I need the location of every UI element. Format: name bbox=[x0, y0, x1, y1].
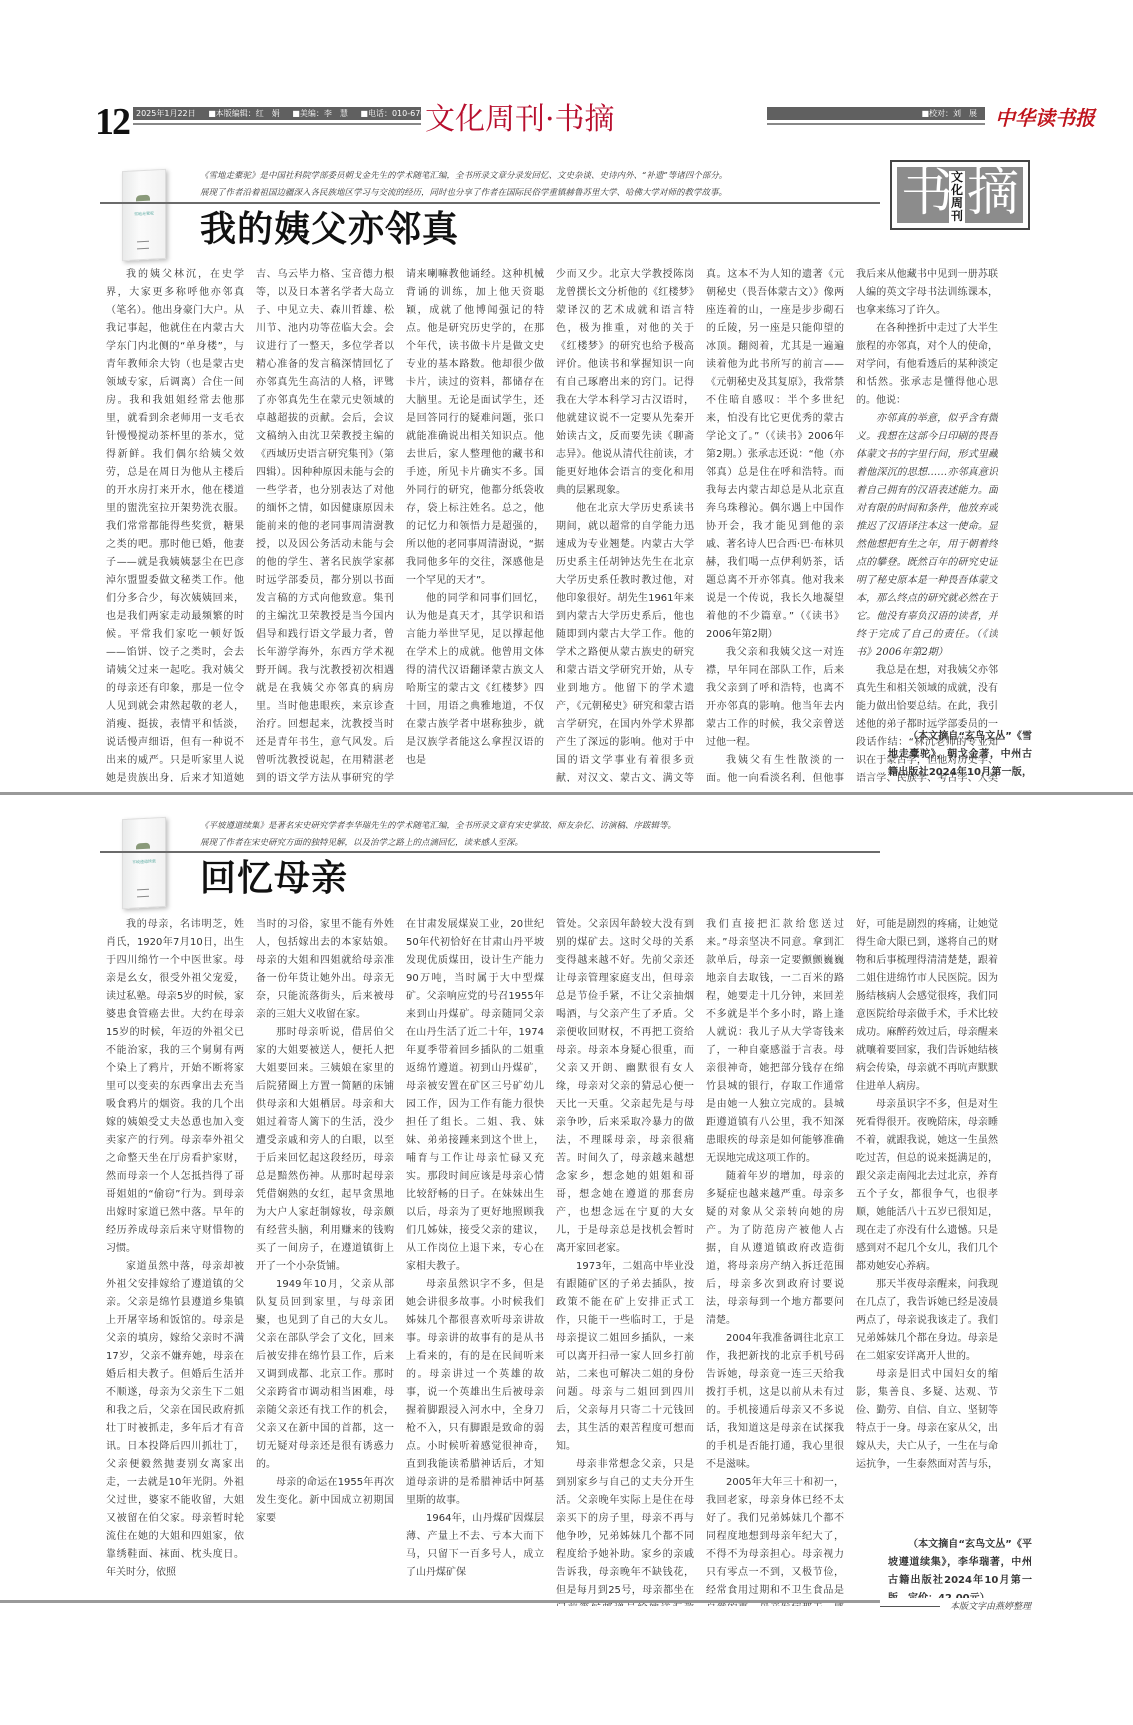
text-column: 当时的习俗，家里不能有外姓人，包括嫁出去的本家姑娘。母亲的大姐和四姐就给母亲准备… bbox=[256, 916, 394, 1606]
paragraph: 家道虽然中落，母亲却被外祖父安排嫁给了遵道镇的父亲。父亲是绵竹县遵道乡集镇上开屠… bbox=[106, 1258, 244, 1582]
masthead: 12 2025年1月22日 ■本版编辑：红 娟 ■美编：李 慧 ■电话：010-… bbox=[95, 100, 1025, 144]
publisher-mark-icon bbox=[137, 241, 149, 250]
section-title: 文化周刊·书摘 bbox=[425, 102, 615, 138]
book-intro: 《平坡遵道续集》是著名宋史研究学者李华瑞先生的学术随笔汇编，全书所录文章有宋史掌… bbox=[200, 818, 880, 852]
paragraph: 母亲虽然识字不多，但是她会讲很多故事。小时候我们姊妹几个都很喜欢听母亲讲故事。母… bbox=[406, 1276, 544, 1510]
book-cover-title: 雪地走橐驼 bbox=[129, 210, 159, 218]
paragraph: 我的姨父林沉，在史学界，大家更多称呼他亦邻真（笔名）。他出身豪门大户。从我记事起… bbox=[106, 266, 244, 782]
paragraph: 我的母亲，名讳明芝，姓肖氏，1920年7月10日，出生于四川绵竹一个中医世家。母… bbox=[106, 916, 244, 1258]
article-headline: 我的姨父亦邻真 bbox=[200, 207, 459, 251]
paragraph: 1949年10月，父亲从部队复员回到家里，与母亲团聚，也见到了自己的大女儿。父亲… bbox=[256, 1276, 394, 1474]
divider bbox=[880, 1606, 940, 1607]
paragraph: 我姨父有生性散淡的一面。他一向看淡名利，但他事儿来，尤其对学问，可以说是非常较真… bbox=[706, 752, 844, 782]
article-separator bbox=[0, 792, 1133, 795]
article-separator bbox=[0, 1600, 880, 1603]
paragraph: 当时的习俗，家里不能有外姓人，包括嫁出去的本家姑娘。母亲的大姐和四姐就给母亲准备… bbox=[256, 916, 394, 1024]
text-column: 我后来从他藏书中见到一册苏联人编的英文字母书法训练课本，也拿来练习了许久。 在各… bbox=[856, 266, 998, 782]
compiler-note: 本版文字由燕婷整理 bbox=[950, 1599, 1031, 1612]
publisher-mark-icon bbox=[137, 889, 149, 898]
paragraph: 2004年我准备调往北京工作，我把新找的北京手机号码告诉她，母亲竟一连三天给我拨… bbox=[706, 1330, 844, 1474]
paragraph: 1964年，山丹煤矿因煤层薄、产量上不去、亏本大而下马，只留下一百多号人，成立了… bbox=[406, 1510, 544, 1582]
emblem-char-shu: 书 bbox=[901, 163, 953, 223]
proofreader-credit: ■校对：刘 展 bbox=[767, 107, 985, 120]
text-column: 我的姨父林沉，在史学界，大家更多称呼他亦邻真（笔名）。他出身豪门大户。从我记事起… bbox=[106, 266, 244, 782]
editor-credit: ■本版编辑：红 娟 bbox=[208, 109, 280, 118]
book-cover-title: 平坡遵道续集 bbox=[129, 858, 159, 866]
paragraph: 在各种挫折中走过了大半生旅程的亦邻真，对个人的使命，对学问，有他看透后的某种淡定… bbox=[856, 320, 998, 410]
section-emblem: 书 摘 文化周刊 bbox=[890, 160, 1030, 230]
text-column: 我们直接把汇款给您送过来。”母亲坚决不同意。拿到汇款单后，母亲一定要颤颤巍巍地亲… bbox=[706, 916, 844, 1606]
paragraph: 请来喇嘛教他诵经。这种机械背诵的训练，加上他天资聪颖，成就了他博闻强记的特点。他… bbox=[406, 266, 544, 590]
paragraph: 那天半夜母亲醒来，问我现在几点了，我告诉她已经是凌晨两点了，母亲说我该走了。我们… bbox=[856, 1276, 998, 1366]
paragraph: 母亲虽识字不多，但是对生死看得很开。夜晚陪床，母亲睡不着，就跟我说，她这一生虽然… bbox=[856, 1096, 998, 1276]
paragraph: 我后来从他藏书中见到一册苏联人编的英文字母书法训练课本，也拿来练习了许久。 bbox=[856, 266, 998, 320]
paragraph: 母亲的命运在1955年再次发生变化。新中国成立初期国家要 bbox=[256, 1474, 394, 1528]
book-intro: 《雪地走橐驼》是中国社科院学部委员朝戈金先生的学术随笔汇编，全书所录文章分录发回… bbox=[200, 168, 880, 202]
edition-info-bar: 2025年1月22日 ■本版编辑：红 娟 ■美编：李 慧 ■电话：010-670… bbox=[133, 107, 421, 120]
text-column: 请来喇嘛教他诵经。这种机械背诵的训练，加上他天资聪颖，成就了他博闻强记的特点。他… bbox=[406, 266, 544, 782]
paragraph: 真。这本不为人知的遗著《元朝秘史（畏吾体蒙古文）》像两座连着的山，一座是步步砌石… bbox=[706, 266, 844, 644]
emblem-char-zhai: 摘 bbox=[967, 163, 1019, 223]
paragraph: 母亲非常想念父亲，只是到别家乡与自己的丈夫分开生活。父亲晚年实际上是住在母亲买下… bbox=[556, 1456, 694, 1606]
divider bbox=[100, 202, 880, 204]
emblem-vertical-label: 文化周刊 bbox=[949, 171, 965, 223]
text-column: 吉、乌云毕力格、宝音德力根等，以及日本著名学者大岛立子、中见立夫、森川哲雄、松川… bbox=[256, 266, 394, 782]
article-body: 我的母亲，名讳明芝，姓肖氏，1920年7月10日，出生于四川绵竹一个中医世家。母… bbox=[106, 916, 998, 1606]
source-citation: （本文摘自“玄鸟文丛”《雪地走橐驼》，朝戈金著，中州古籍出版社2024年10月第… bbox=[888, 728, 1032, 784]
article-body: 我的姨父林沉，在史学界，大家更多称呼他亦邻真（笔名）。他出身豪门大户。从我记事起… bbox=[106, 266, 998, 782]
text-column: 少而又少。北京大学教授陈岗龙曾撰长文分析他的《红楼梦》蒙译汉的艺术成就和语言特色… bbox=[556, 266, 694, 782]
paragraph: 少而又少。北京大学教授陈岗龙曾撰长文分析他的《红楼梦》蒙译汉的艺术成就和语言特色… bbox=[556, 266, 694, 500]
paragraph: 母亲是旧式中国妇女的缩影，集善良、多疑、达观、节俭、勤劳、自信、自立、坚韧等特点… bbox=[856, 1366, 998, 1476]
text-column: 好，可能是剧烈的疼痛，让她觉得生命大限已到，遂将自己的财物和后事梳理得清清楚楚，… bbox=[856, 916, 998, 1476]
text-column: 管处。父亲因年龄较大没有到别的煤矿去。这时父母的关系变得越来越不好。先前父亲还让… bbox=[556, 916, 694, 1606]
intro-line: 展现了作者沿着祖国边疆深入各民族地区学习与交流的经历，同时也分享了作者在国际民俗… bbox=[200, 185, 880, 202]
intro-line: 展现了作者在宋史研究方面的独特见解，以及治学之路上的点滴回忆，读来感人至深。 bbox=[200, 835, 880, 852]
calligraphy-logo-icon bbox=[136, 843, 150, 850]
issue-date: 2025年1月22日 bbox=[136, 109, 196, 118]
article-headline: 回忆母亲 bbox=[200, 856, 348, 900]
text-column: 我的母亲，名讳明芝，姓肖氏，1920年7月10日，出生于四川绵竹一个中医世家。母… bbox=[106, 916, 244, 1606]
paragraph: 好，可能是剧烈的疼痛，让她觉得生命大限已到，遂将自己的财物和后事梳理得清清楚楚，… bbox=[856, 916, 998, 1096]
source-citation: （本文摘自“玄鸟文丛”《平坡遵道续集》，李华瑞著，中州古籍出版社2024年10月… bbox=[888, 1536, 1032, 1598]
paragraph: 在甘肃发展煤炭工业，20世纪50年代初恰好在甘肃山丹平坡发现优质煤田，设计生产能… bbox=[406, 916, 544, 1276]
phone-number: ■电话：010-67078085 bbox=[360, 109, 421, 118]
divider bbox=[133, 123, 421, 125]
source-text: （本文摘自“玄鸟文丛”《平坡遵道续集》，李华瑞著，中州古籍出版社2024年10月… bbox=[888, 1536, 1032, 1598]
paragraph: 1973年，二姐高中毕业没有跟随矿区的子弟去插队，按政策不能在矿上安排正式工作，… bbox=[556, 1258, 694, 1456]
designer-credit: ■美编：李 慧 bbox=[292, 109, 348, 118]
source-text: （本文摘自“玄鸟文丛”《雪地走橐驼》，朝戈金著，中州古籍出版社2024年10月第… bbox=[888, 728, 1032, 784]
intro-line: 《平坡遵道续集》是著名宋史研究学者李华瑞先生的学术随笔汇编，全书所录文章有宋史掌… bbox=[200, 818, 880, 835]
book-cover-image: 雪地走橐驼 bbox=[122, 169, 166, 261]
paragraph: 管处。父亲因年龄较大没有到别的煤矿去。这时父母的关系变得越来越不好。先前父亲还让… bbox=[556, 916, 694, 1258]
paragraph: 我父亲和我姨父这一对连襟，早年同在部队工作，后来我父亲到了呼和浩特，也离不开亦邻… bbox=[706, 644, 844, 752]
paragraph: 我们直接把汇款给您送过来。”母亲坚决不同意。拿到汇款单后，母亲一定要颤颤巍巍地亲… bbox=[706, 916, 844, 1168]
divider bbox=[100, 851, 880, 853]
camel-logo-icon bbox=[136, 195, 150, 202]
divider bbox=[767, 123, 985, 125]
text-column: 真。这本不为人知的遗著《元朝秘史（畏吾体蒙古文）》像两座连着的山，一座是步步砌石… bbox=[706, 266, 844, 782]
newspaper-logo: 中华读书报 bbox=[995, 102, 1095, 131]
text-column: 在甘肃发展煤炭工业，20世纪50年代初恰好在甘肃山丹平坡发现优质煤田，设计生产能… bbox=[406, 916, 544, 1606]
quoted-paragraph: 亦邻真的举意，似乎含有微义。我想在这部今日印刷的畏吾体蒙文书的字里行间，形式里藏… bbox=[856, 410, 998, 662]
intro-line: 《雪地走橐驼》是中国社科院学部委员朝戈金先生的学术随笔汇编，全书所录文章分录发回… bbox=[200, 168, 880, 185]
paragraph: 随着年岁的增加，母亲的多疑症也越来越严重。母亲多疑的对象从父亲转向她的房产。为了… bbox=[706, 1168, 844, 1330]
book-cover-image: 平坡遵道续集 bbox=[122, 817, 166, 909]
paragraph: 2005年大年三十和初一，我回老家，母亲身体已经不太好了。我们兄弟姊妹几个都不同… bbox=[706, 1474, 844, 1606]
paragraph: 那时母亲听说，借居伯父家的大姐要被送人，便托人把大姐要回来。三姨娘在家里的后院猪… bbox=[256, 1024, 394, 1276]
page-number: 12 bbox=[95, 102, 129, 142]
paragraph: 他的同学和同事们回忆，认为他是真天才，其学识和语言能力举世罕见，足以撑起他在学术… bbox=[406, 590, 544, 770]
paragraph: 吉、乌云毕力格、宝音德力根等，以及日本著名学者大岛立子、中见立夫、森川哲雄、松川… bbox=[256, 266, 394, 782]
paragraph: 他在北京大学历史系读书期间，就以超常的自学能力迅速成为专业翘楚。内蒙古大学历史系… bbox=[556, 500, 694, 782]
